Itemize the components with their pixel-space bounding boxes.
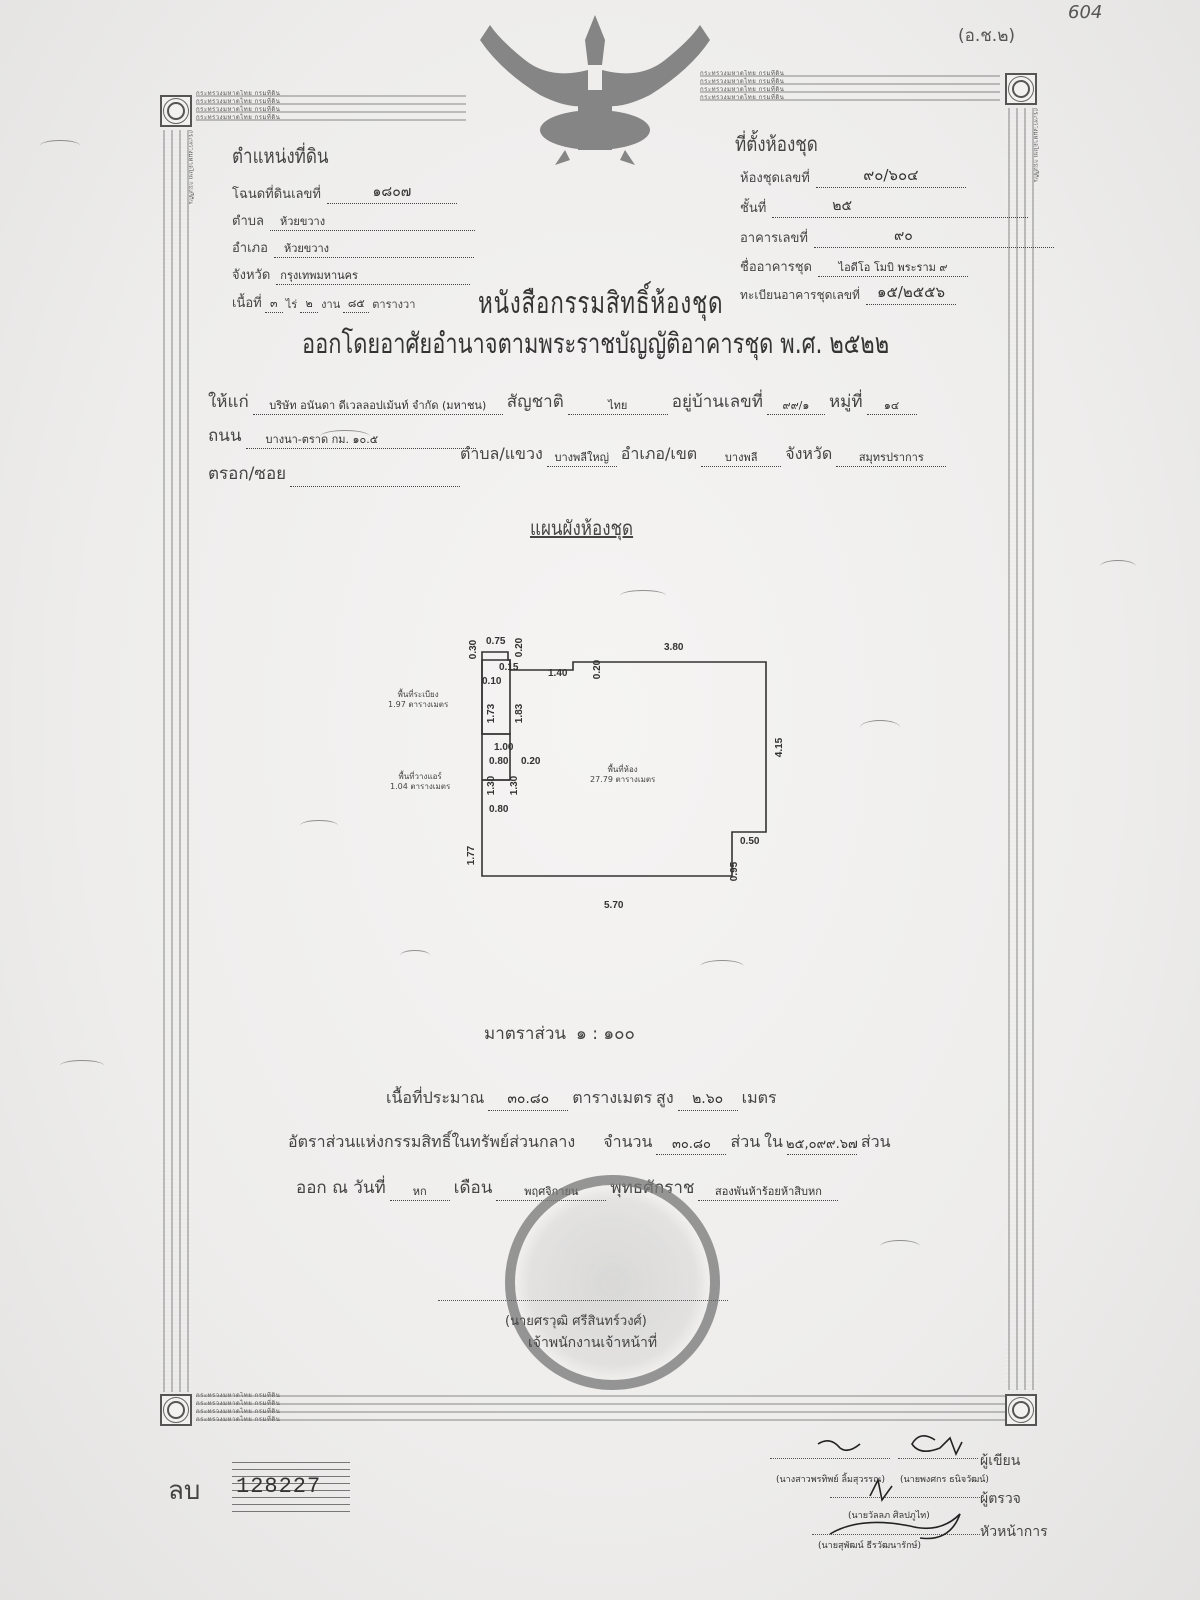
field-district: อำเภอ ห้วยขวาง: [232, 237, 474, 258]
document-subtitle: ออกโดยอาศัยอำนาจตามพระราชบัญญัติอาคารชุด…: [302, 322, 889, 366]
dim-balcony-inner-top: 0.15: [499, 662, 518, 673]
official-signature-line: [438, 1300, 728, 1301]
serial-number: 128227: [236, 1474, 321, 1499]
dim-balcony-bottom: 1.00: [494, 742, 513, 753]
dim-ac-right-gap: 0.20: [521, 756, 540, 767]
area-summary-row: เนื้อที่ประมาณ ๓๐.๘๐ ตารางเมตร สูง ๒.๖๐ …: [386, 1086, 777, 1111]
handwritten-signatures: [800, 1434, 1000, 1554]
form-code: (อ.ช.๒): [958, 22, 1015, 49]
field-land-area: เนื้อที่ ๓ ไร่ ๒ งาน ๘๕ ตารางวา: [232, 292, 415, 313]
dim-balcony-top: 0.75: [486, 636, 505, 647]
unit-location-heading: ที่ตั้งห้องชุด: [735, 128, 818, 160]
garuda-emblem-icon: [470, 10, 720, 170]
title-deed-page: (อ.ช.๒) 604 กระทรวงมหาดไทย กรมที่ดินกระท…: [0, 0, 1200, 1600]
official-seal-icon: [505, 1175, 720, 1390]
official-title: เจ้าพนักงานเจ้าหน้าที่: [528, 1332, 657, 1354]
document-title: หนังสือกรรมสิทธิ์ห้องชุด: [478, 280, 723, 327]
dim-balcony-left-height: 1.73: [486, 704, 497, 723]
dim-room-top-step: 0.20: [592, 660, 603, 679]
dim-ac-right-height: 1.30: [509, 776, 520, 795]
corner-ornament-icon: [1005, 1394, 1037, 1426]
border-pattern-right: [1005, 108, 1037, 1390]
dim-room-top-left: 1.40: [548, 668, 567, 679]
field-building-name: ชื่ออาคารชุด ไอดีโอ โมบิ พระราม ๙: [740, 256, 968, 277]
border-pattern-top-right: [700, 72, 1000, 104]
corner-ornament-icon: [160, 1394, 192, 1426]
area-room: พื้นที่ห้อง27.79 ตารางเมตร: [590, 765, 655, 785]
alley-row: ตรอก/ซอย: [208, 460, 460, 487]
paper-fiber: [700, 960, 744, 973]
area-balcony: พื้นที่ระเบียง1.97 ตารางเมตร: [388, 690, 448, 710]
field-province: จังหวัด กรุงเทพมหานคร: [232, 264, 470, 285]
owner-row: ให้แก่ บริษัท อนันดา ดีเวลลอปเม้นท์ จำกั…: [208, 388, 917, 415]
address-row: ตำบล/แขวง บางพลีใหญ่ อำเภอ/เขต บางพลี จั…: [460, 442, 946, 467]
field-floor: ชั้นที่ ๒๕: [740, 197, 1028, 218]
field-building-number: อาคารเลขที่ ๙๐: [740, 227, 1054, 248]
border-pattern-bottom: [196, 1392, 1006, 1424]
paper-fiber: [300, 820, 338, 831]
dim-room-bottom: 5.70: [604, 900, 623, 911]
dim-notch-width: 0.50: [740, 836, 759, 847]
field-unit-number: ห้องชุดเลขที่ ๙๐/๖๐๔: [740, 167, 966, 188]
area-ac: พื้นที่วางแอร์1.04 ตารางเมตร: [390, 772, 450, 792]
border-pattern-top-left: [196, 92, 466, 124]
field-subdistrict: ตำบล ห้วยขวาง: [232, 210, 475, 231]
paper-fiber: [1100, 560, 1136, 573]
paper-fiber: [860, 720, 900, 735]
common-ratio-row: อัตราส่วนแห่งกรรมสิทธิ์ในทรัพย์ส่วนกลาง …: [288, 1130, 891, 1155]
corner-ornament-icon: [160, 95, 192, 127]
paper-fiber: [60, 1060, 104, 1071]
dim-balcony-right-notch: 0.20: [514, 638, 525, 657]
official-name: (นายศรวุฒิ ศรีสินทร์วงศ์): [505, 1310, 647, 1331]
paper-fiber: [620, 590, 666, 601]
border-pattern-left: [160, 130, 192, 1392]
dim-notch-height: 0.95: [729, 862, 740, 881]
serial-prefix: ลบ: [168, 1470, 200, 1511]
land-location-heading: ตำแหน่งที่ดิน: [232, 140, 329, 172]
paper-fiber: [880, 1240, 920, 1253]
dim-ac-top: 0.80: [489, 756, 508, 767]
dim-balcony-inner-left: 0.10: [482, 676, 501, 687]
dim-room-left-lower: 1.77: [466, 846, 477, 865]
field-deed-number: โฉนดที่ดินเลขที่ ๑๘๐๗: [232, 183, 457, 204]
dim-ac-left-height: 1.30: [486, 776, 497, 795]
paper-fiber: [400, 950, 430, 961]
floor-plan-heading: แผนผังห้องชุด: [530, 512, 633, 544]
scale-row: มาตราส่วน ๑ : ๑๐๐: [484, 1020, 635, 1047]
dim-balcony-right-height: 1.83: [514, 704, 525, 723]
dim-room-right: 4.15: [774, 738, 785, 757]
field-registration-number: ทะเบียนอาคารชุดเลขที่ ๑๕/๒๕๕๖: [740, 286, 956, 305]
paper-fiber: [40, 140, 80, 151]
dim-top-left-notch: 0.30: [468, 640, 479, 659]
handwritten-note: 604: [1068, 2, 1102, 23]
dim-room-top: 3.80: [664, 642, 683, 653]
dim-ac-bottom: 0.80: [489, 804, 508, 815]
paper-fiber: [320, 430, 370, 443]
corner-ornament-icon: [1005, 73, 1037, 105]
